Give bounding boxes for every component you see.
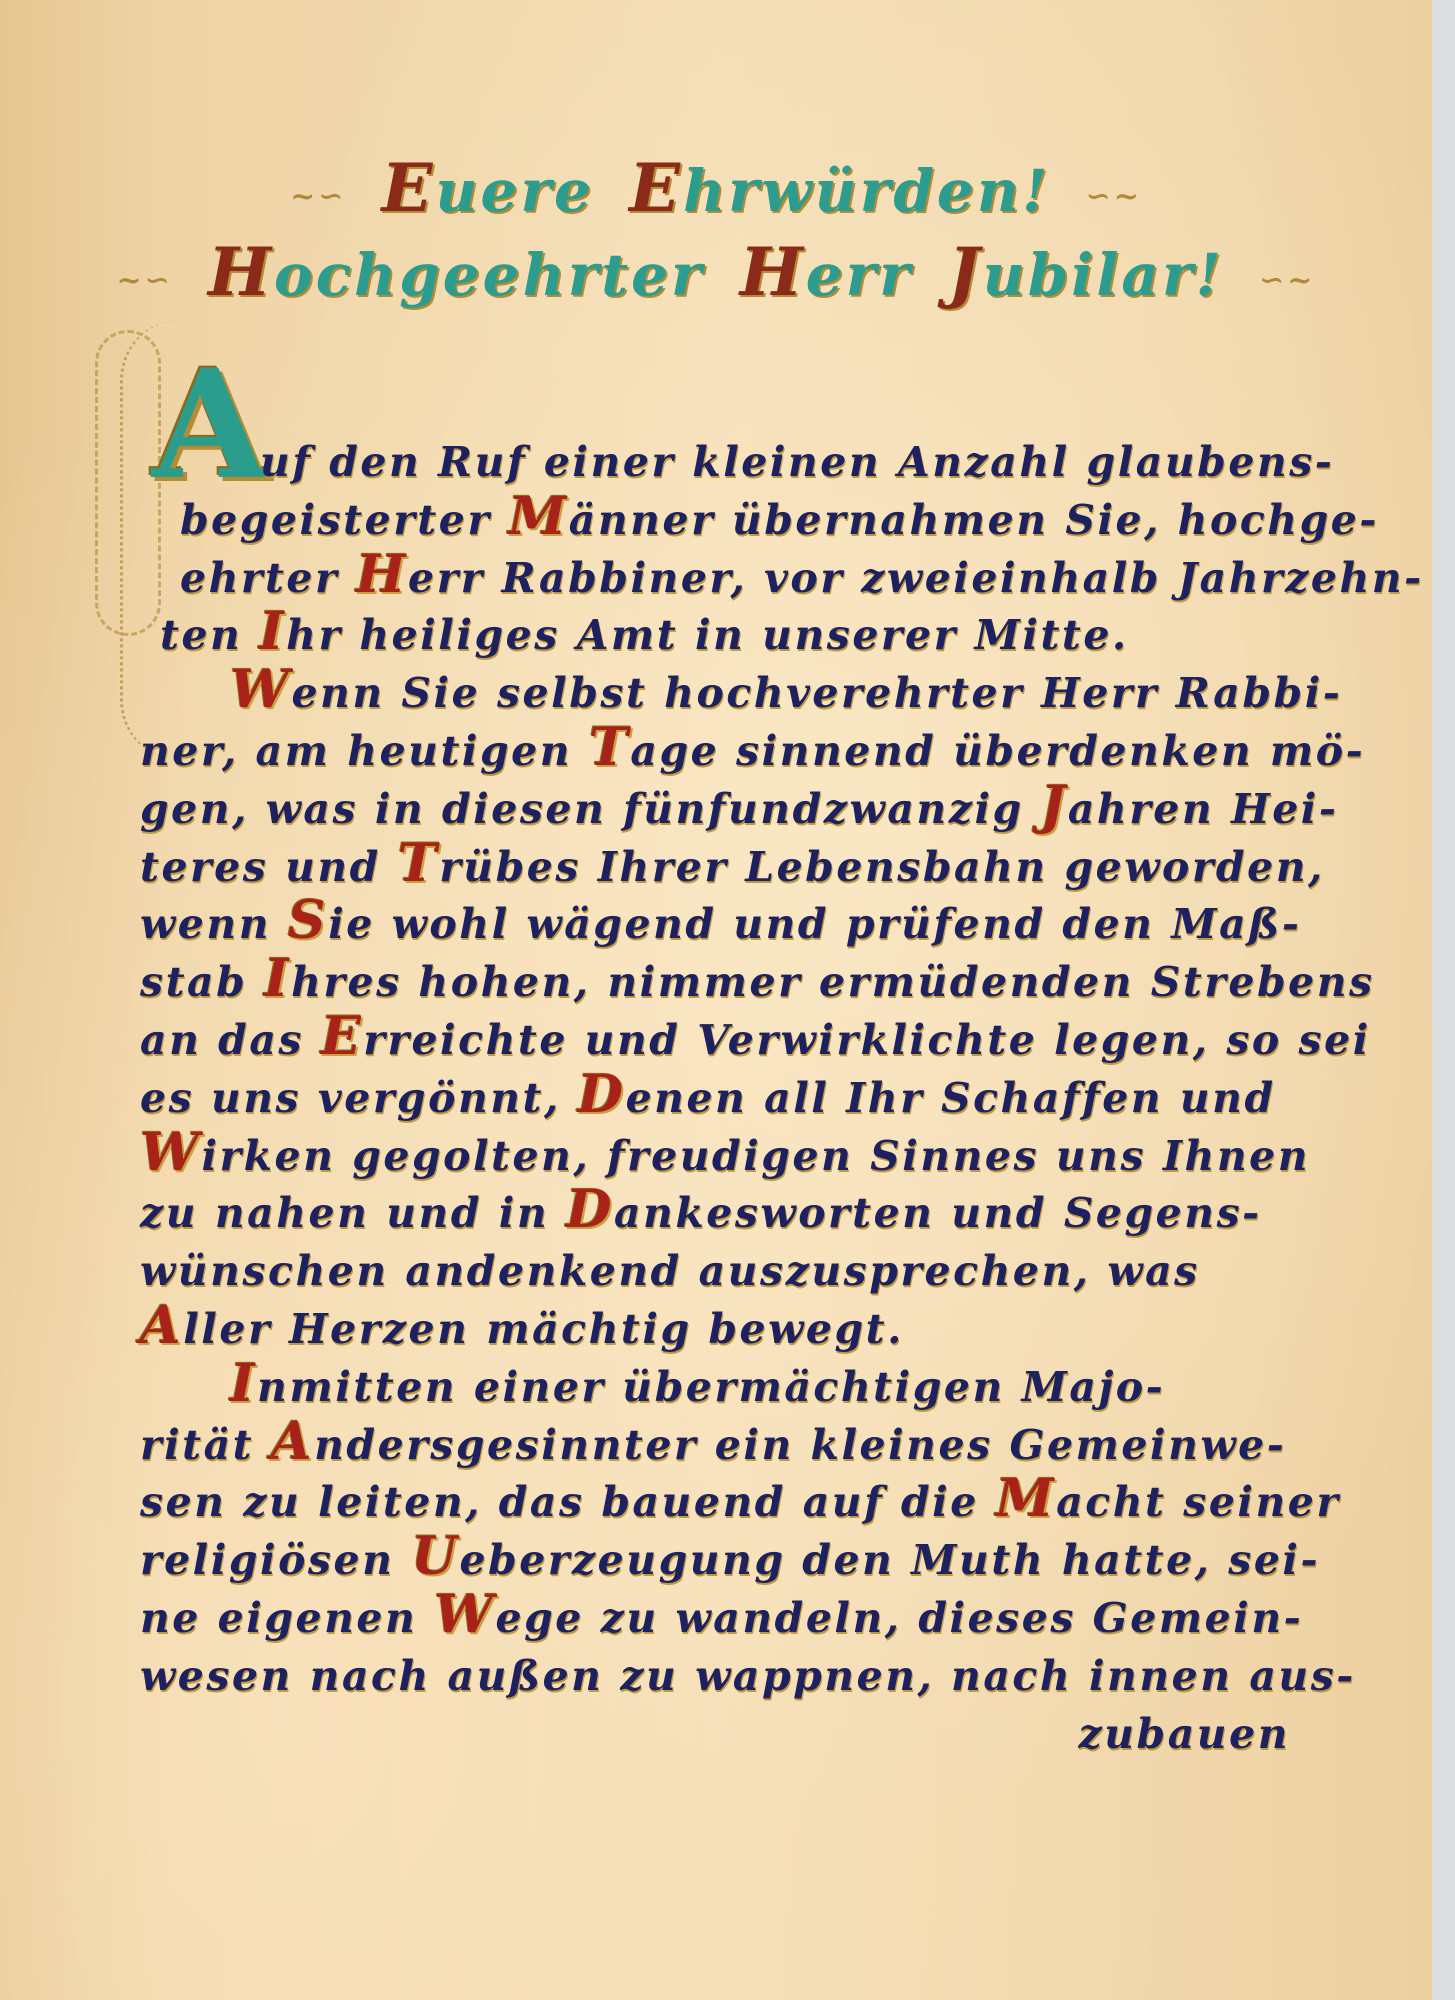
line-text: enn Sie selbst hochverehrter Herr Rabbi- [291, 669, 1342, 717]
heading-word: Jubilar! [948, 232, 1224, 311]
heading-word: Euere [382, 148, 594, 227]
illuminated-initial: W [140, 1122, 201, 1183]
text-line: ner, am heutigen Tage sinnend überdenken… [140, 719, 1300, 777]
flourish-left-icon: ~∽ [290, 179, 346, 214]
line-text: err Rabbiner, vor zweieinhalb Jahrzehn- [408, 554, 1424, 602]
illuminated-initial: E [321, 1006, 364, 1067]
text-line: zu nahen und in Dankesworten und Segens- [140, 1181, 1300, 1239]
heading-line-1: ~∽ Euere Ehrwürden! ∽~ [0, 148, 1432, 227]
line-text: age sinnend überdenken mö- [630, 727, 1365, 775]
line-text: ndersgesinnter ein kleines Gemeinwe- [314, 1421, 1286, 1469]
line-text: ehrter [180, 554, 356, 602]
line-text: rübes Ihrer Lebensbahn geworden, [439, 843, 1325, 891]
heading-line-2: ~∽ Hochgeehrter Herr Jubilar! ∽~ [0, 232, 1432, 311]
line-text: ahren Hei- [1068, 785, 1339, 833]
text-line: uf den Ruf einer kleinen Anzahl glaubens… [140, 430, 1300, 488]
line-text: es uns vergönnt, [140, 1074, 578, 1122]
illuminated-initial: U [411, 1526, 459, 1587]
text-line: begeisterter Männer übernahmen Sie, hoch… [140, 488, 1300, 546]
text-line: es uns vergönnt, Denen all Ihr Schaffen … [140, 1066, 1300, 1124]
illuminated-initial: W [230, 659, 291, 720]
line-text: religiösen [140, 1536, 411, 1584]
text-line: teres und Trübes Ihrer Lebensbahn geword… [140, 835, 1300, 893]
text-line: Wirken gegolten, freudigen Sinnes uns Ih… [140, 1124, 1300, 1182]
text-line: ten Ihr heiliges Amt in unserer Mitte. [140, 603, 1300, 661]
illuminated-initial: I [264, 948, 291, 1009]
heading-word: Ehrwürden! [629, 148, 1050, 227]
text-line: Aller Herzen mächtig bewegt. [140, 1297, 1300, 1355]
illuminated-initial: T [398, 833, 440, 894]
illuminated-initial: D [578, 1064, 626, 1125]
line-text: ten [160, 611, 259, 659]
heading-word: Hochgeehrter [208, 232, 705, 311]
line-text: an das [140, 1016, 321, 1064]
illuminated-initial: M [508, 486, 569, 547]
text-line: ne eigenen Wege zu wandeln, dieses Gemei… [140, 1586, 1300, 1644]
illuminated-initial: A [140, 1295, 183, 1356]
flourish-right-icon: ∽~ [1259, 263, 1315, 298]
line-text: ankesworten und Segens- [614, 1189, 1262, 1237]
heading-word: Herr [740, 232, 913, 311]
text-line: gen, was in diesen fünfundzwanzig Jahren… [140, 777, 1300, 835]
line-text: zubauen [1078, 1710, 1290, 1758]
line-text: rität [140, 1421, 271, 1469]
illuminated-initial: M [996, 1468, 1057, 1529]
line-text: acht seiner [1056, 1478, 1340, 1526]
text-line: stab Ihres hohen, nimmer ermüdenden Stre… [140, 950, 1300, 1008]
line-text: hres hohen, nimmer ermüdenden Strebens [291, 958, 1375, 1006]
line-text: begeisterter [180, 496, 508, 544]
flourish-right-icon: ∽~ [1086, 179, 1142, 214]
illuminated-initial: S [288, 890, 328, 951]
line-text: irken gegolten, freudigen Sinnes uns Ihn… [201, 1132, 1310, 1180]
text-line: religiösen Ueberzeugung den Muth hatte, … [140, 1528, 1300, 1586]
line-text: gen, was in diesen fünfundzwanzig [140, 785, 1041, 833]
illuminated-initial: T [589, 717, 631, 778]
line-text: nmitten einer übermächtigen Majo- [257, 1363, 1165, 1411]
illuminated-initial: J [1041, 775, 1068, 836]
illuminated-initial: H [356, 544, 408, 605]
line-text: ner, am heutigen [140, 727, 589, 775]
line-text: ne eigenen [140, 1594, 434, 1642]
manuscript-page: ~∽ Euere Ehrwürden! ∽~ ~∽ Hochgeehrter H… [0, 0, 1432, 2000]
line-text: ie wohl wägend und prüfend den Maß- [328, 900, 1301, 948]
line-text: zu nahen und in [140, 1189, 566, 1237]
text-line: rität Andersgesinnter ein kleines Gemein… [140, 1413, 1300, 1471]
body-text: uf den Ruf einer kleinen Anzahl glaubens… [140, 430, 1300, 1759]
text-line: wenn Sie wohl wägend und prüfend den Maß… [140, 892, 1300, 950]
line-text: wünschen andenkend auszusprechen, was [140, 1247, 1200, 1295]
illuminated-initial: I [259, 601, 286, 662]
line-text: stab [140, 958, 264, 1006]
text-line: an das Erreichte und Verwirklichte legen… [140, 1008, 1300, 1066]
line-text: änner übernahmen Sie, hochge- [569, 496, 1379, 544]
line-text: wenn [140, 900, 288, 948]
flourish-left-icon: ~∽ [117, 263, 173, 298]
line-text: teres und [140, 843, 398, 891]
line-text: eberzeugung den Muth hatte, sei- [459, 1536, 1320, 1584]
line-text: sen zu leiten, das bauend auf die [140, 1478, 996, 1526]
illuminated-initial: A [271, 1411, 314, 1472]
text-line: Wenn Sie selbst hochverehrter Herr Rabbi… [140, 661, 1300, 719]
text-line: sen zu leiten, das bauend auf die Macht … [140, 1470, 1300, 1528]
line-text: ege zu wandeln, dieses Gemein- [496, 1594, 1304, 1642]
line-text: hr heiliges Amt in unserer Mitte. [286, 611, 1129, 659]
line-text: wesen nach außen zu wappnen, nach innen … [140, 1652, 1356, 1700]
text-line: wesen nach außen zu wappnen, nach innen … [140, 1644, 1300, 1702]
line-text: rreichte und Verwirklichte legen, so sei [363, 1016, 1371, 1064]
line-text: ller Herzen mächtig bewegt. [183, 1305, 904, 1353]
line-text: enen all Ihr Schaffen und [626, 1074, 1276, 1122]
text-line: ehrter Herr Rabbiner, vor zweieinhalb Ja… [140, 546, 1300, 604]
line-text: uf den Ruf einer kleinen Anzahl glaubens… [260, 438, 1334, 486]
text-line: zubauen [140, 1702, 1300, 1760]
illuminated-initial: W [434, 1584, 495, 1645]
illuminated-initial: I [230, 1353, 257, 1414]
text-line: wünschen andenkend auszusprechen, was [140, 1239, 1300, 1297]
text-line: Inmitten einer übermächtigen Majo- [140, 1355, 1300, 1413]
illuminated-initial: D [566, 1179, 614, 1240]
